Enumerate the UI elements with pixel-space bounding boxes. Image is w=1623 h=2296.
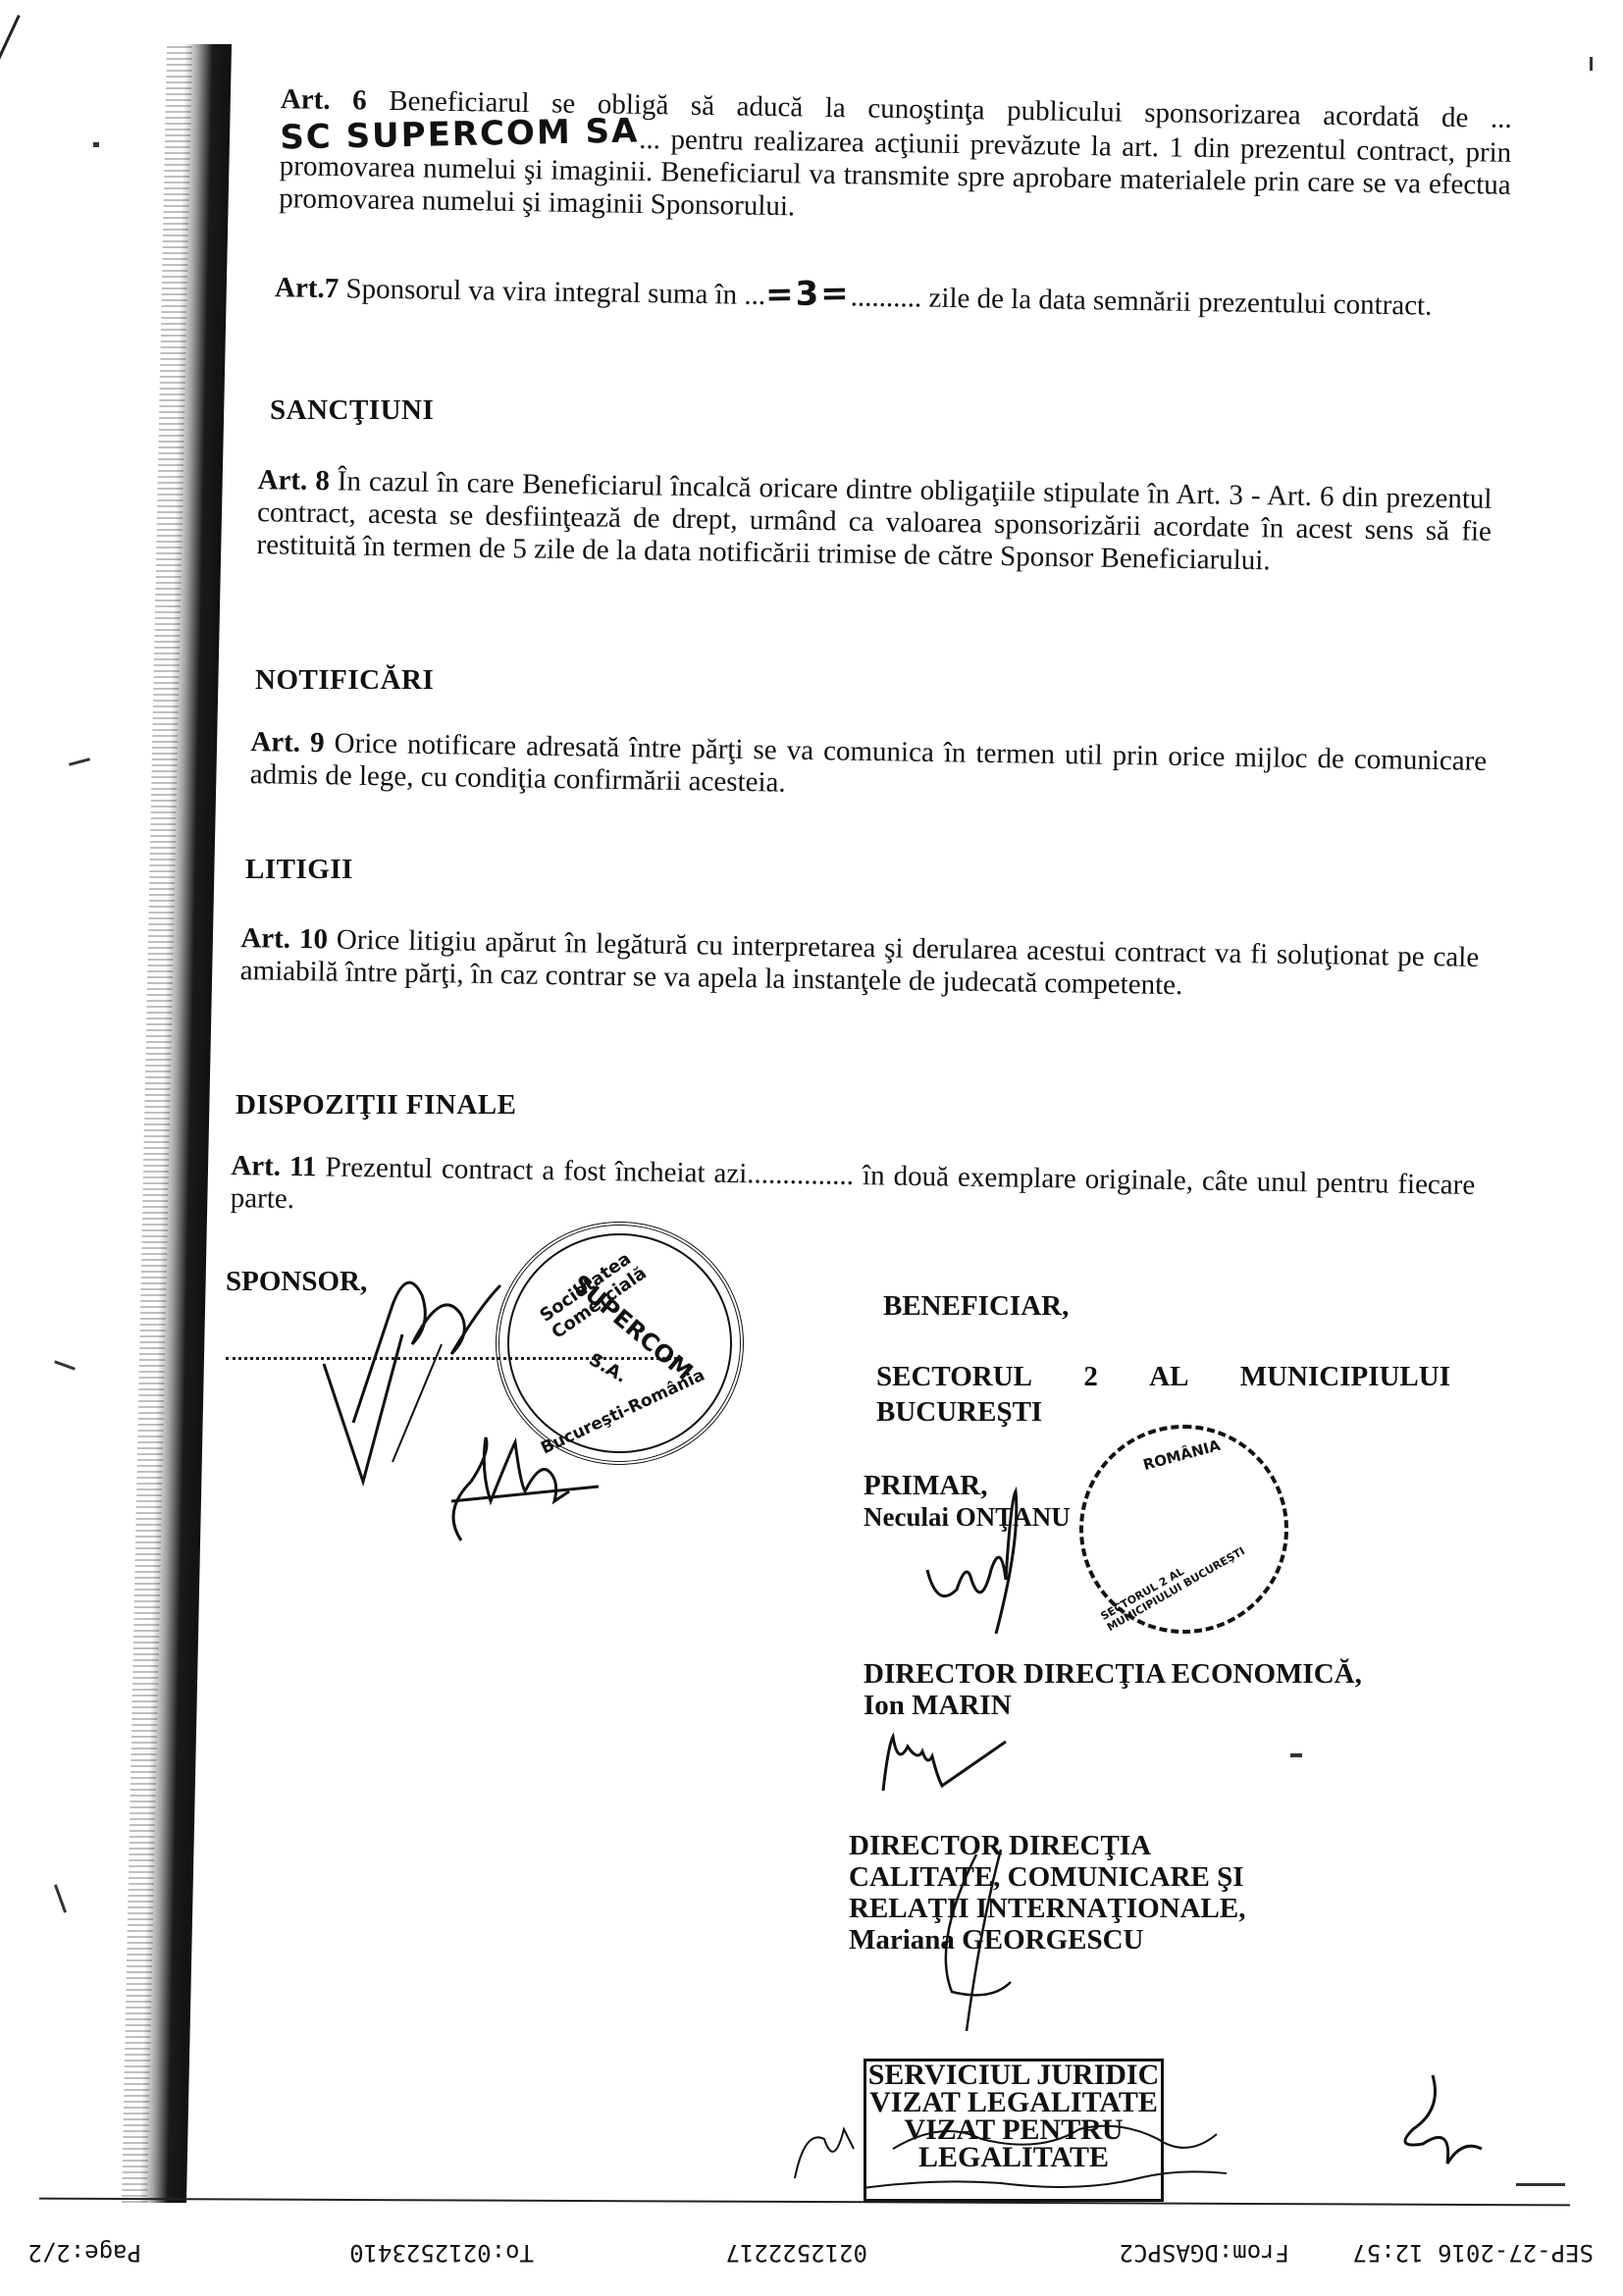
scan-speck	[93, 142, 99, 147]
scan-speck	[1290, 1753, 1302, 1757]
article-text: În cazul în care Beneficiarul încalcă or…	[256, 465, 1492, 576]
article-6: Art. 6 Beneficiarul se obligă să aducă l…	[279, 83, 1512, 235]
article-8: Art. 8 În cazul în care Beneficiarul înc…	[256, 464, 1492, 581]
signatory-director-calitate: DIRECTOR DIRECŢIA CALITATE, COMUNICARE Ş…	[849, 1830, 1300, 1956]
article-7: Art.7 Sponsorul va vira integral suma în…	[275, 270, 1501, 324]
article-11: Art. 11 Prezentul contract a fost închei…	[231, 1150, 1476, 1234]
fax-to: To:0212523410	[349, 2239, 534, 2267]
fax-divider	[39, 2198, 1570, 2207]
beneficiar-entity: SECTORUL 2 AL MUNICIPIULUI BUCUREŞTI	[876, 1359, 1450, 1430]
signatory-director-economic: DIRECTOR DIRECŢIA ECONOMICĂ, Ion MARIN	[864, 1658, 1362, 1721]
scan-speck	[69, 757, 90, 766]
signatory-title: DIRECTOR DIRECŢIA CALITATE, COMUNICARE Ş…	[849, 1830, 1300, 1924]
primar-signature	[917, 1482, 1055, 1639]
beneficiar-stamp: ROMÂNIA SECTORUL 2 AL MUNICIPIULUI BUCUR…	[1079, 1425, 1288, 1634]
beneficiar-label: BENEFICIAR,	[883, 1290, 1069, 1323]
scan-speck	[1590, 57, 1593, 71]
signatory-name: Mariana GEORGESCU	[849, 1924, 1300, 1956]
scan-speck	[1516, 2183, 1565, 2186]
date-blank: ...............	[747, 1158, 854, 1191]
legal-stamp-line: SERVICIUL JURIDIC	[866, 2061, 1161, 2089]
director-calitate-signature	[932, 1845, 1050, 2041]
sponsor-company-stamp: Societatea Comercială SUPERCOM S.A. Bucu…	[496, 1222, 744, 1465]
signatory-name: Ion MARIN	[864, 1690, 1362, 1721]
section-heading-litigii: LITIGII	[245, 854, 353, 886]
handwritten-sponsor-name: SC SUPERCOM SA	[280, 116, 640, 155]
article-10: Art. 10 Orice litigiu apărut în legătură…	[240, 922, 1480, 1007]
article-text: Orice litigiu apărut în legătură cu inte…	[240, 924, 1480, 1002]
article-9: Art. 9 Orice notificare adresată între p…	[250, 726, 1488, 810]
fax-page-number: Page:2/2	[27, 2239, 141, 2267]
stamp-text-bottom: SECTORUL 2 AL MUNICIPIULUI BUCUREŞTI	[1099, 1524, 1265, 1635]
scan-artifact-line	[0, 15, 21, 238]
legal-handwritten-note	[785, 2110, 1295, 2198]
director-economic-signature	[878, 1727, 1035, 1796]
section-heading-dispozitii-finale: DISPOZIŢII FINALE	[236, 1089, 517, 1122]
article-text: Orice notificare adresată între părţi se…	[250, 727, 1488, 798]
article-label: Art. 10	[240, 922, 328, 955]
fax-from-number: 0212522217	[726, 2239, 868, 2267]
section-heading-notificari: NOTIFICĂRI	[255, 664, 434, 697]
fax-date-time: SEP-27-2016 12:57	[1352, 2239, 1594, 2267]
article-label: Art.7	[275, 272, 340, 304]
fax-transmission-header: SEP-27-2016 12:57 From:DGASPC2 021252221…	[0, 2227, 1623, 2267]
scan-speck	[54, 1360, 76, 1370]
article-text: Sponsorul va vira integral suma în	[345, 273, 737, 310]
handwritten-days-value: =3=	[765, 278, 851, 312]
scanned-document-page: Art. 6 Beneficiarul se obligă să aducă l…	[0, 0, 1623, 2296]
stamp-text-top: ROMÂNIA	[1141, 1436, 1223, 1474]
article-label: Art. 6	[281, 83, 367, 116]
scan-speck	[54, 1884, 67, 1912]
fax-from: From:DGASPC2	[1120, 2239, 1289, 2267]
article-label: Art. 8	[257, 464, 330, 496]
article-text: zile de la data semnării prezentului con…	[928, 283, 1432, 322]
article-label: Art. 9	[250, 726, 325, 758]
scan-binding-shadow	[139, 44, 232, 2203]
legal-signature	[1374, 2070, 1492, 2178]
section-heading-sanctiuni: SANCŢIUNI	[270, 394, 434, 427]
article-label: Art. 11	[231, 1150, 317, 1182]
article-text: Prezentul contract a fost încheiat azi	[325, 1152, 747, 1190]
signatory-title: DIRECTOR DIRECŢIA ECONOMICĂ,	[864, 1658, 1362, 1690]
